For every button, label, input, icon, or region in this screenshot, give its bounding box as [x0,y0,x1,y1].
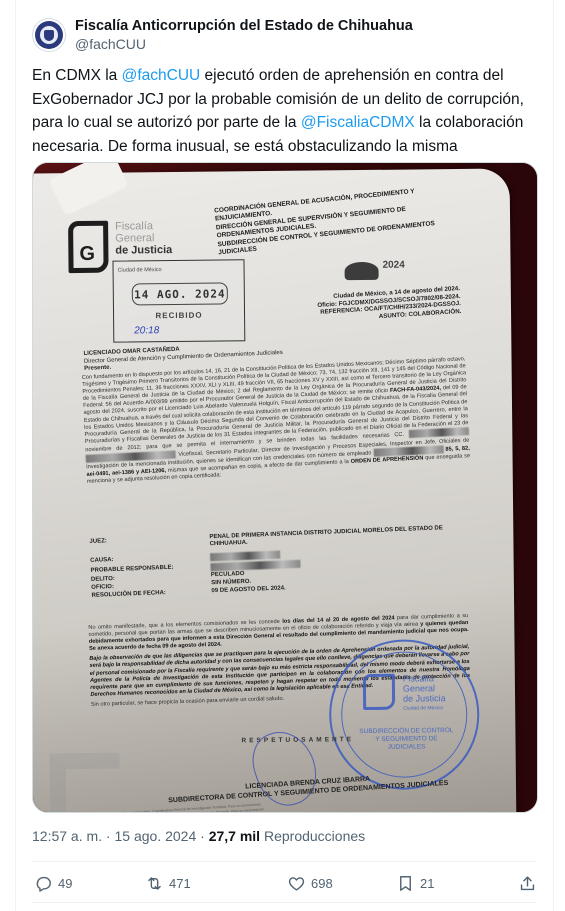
separator: · [102,828,114,844]
document-paper: G Fiscalía General de Justicia Coordinac… [32,168,516,813]
seal-year: 2024 [382,260,404,271]
logo-line: General [115,232,172,245]
stamp-date: 14 AGO. 2024 [132,282,228,305]
institution-seal-icon [35,21,63,49]
repost-count: 471 [169,876,191,891]
order-fields: JUEZ:PENAL DE PRIMERA INSTANCIA DISTRITO… [89,524,471,601]
stamp-city: Ciudad de México [118,267,162,273]
logo-line: Fiscalía [115,220,172,233]
timeline-border-left [15,0,16,911]
mention-link[interactable]: @fachCUU [122,67,201,84]
repost-button[interactable]: 471 [145,870,191,896]
anniversary-seal-icon: 2024 [344,259,424,282]
stamp-line: de Justicia [403,693,446,703]
bookmark-count: 21 [420,876,434,891]
timeline-border-right [553,0,554,911]
fgj-logo-label: Fiscalía General de Justicia [115,220,172,257]
document-references: Ciudad de México, a 14 de agosto del 202… [260,285,462,328]
document-body: Con fundamento en lo dispuesto por los a… [82,356,471,485]
document-content: G Fiscalía General de Justicia Coordinac… [32,168,516,813]
tweet-text-segment: En CDMX la [32,67,122,84]
stamp-bottom: SUBDIRECCIÓN DE CONTROL Y SEGUIMIENTO DE… [351,727,461,752]
reply-count: 49 [58,876,72,891]
watermark-shape [50,753,121,813]
mention-link[interactable]: @FiscaliaCDMX [301,114,415,131]
tweet-header: Fiscalía Anticorrupción del Estado de Ch… [32,15,413,55]
bookmark-icon [396,874,415,893]
stamp-city: Ciudad de México [403,703,446,713]
tweet-date[interactable]: 15 ago. 2024 [115,828,197,844]
stamp-handwritten-time: 20:18 [134,325,159,336]
action-bar: 49 471 698 21 [32,870,537,896]
views-label: Reproducciones [260,828,365,844]
like-button[interactable]: 698 [287,870,333,896]
fgj-stamp-logo-icon [363,674,395,710]
reply-button[interactable]: 49 [34,870,72,896]
divider [32,902,537,903]
stamp-line: JUDICIALES [352,743,462,752]
field-key: JUEZ: [89,534,209,553]
share-button[interactable] [518,870,537,896]
reply-icon [34,874,53,893]
stamp-line: Fiscalía [403,673,446,683]
avatar[interactable] [32,18,66,52]
tweet-text: En CDMX la @fachCUU ejecutó orden de apr… [32,64,537,158]
tweet-meta: 12:57 a. m. · 15 ago. 2024 · 27,7 mil Re… [32,828,365,844]
redacted-block [409,427,469,438]
official-blue-stamp: Fiscalía General de Justicia Ciudad de M… [328,639,480,791]
repost-icon [145,874,164,893]
author-handle[interactable]: @fachCUU [75,35,413,53]
heart-icon [287,874,306,893]
document-header: Coordinación General de Acusación, Proce… [214,183,468,258]
stamp-label: RECIBIDO [114,310,244,320]
tweet-photo[interactable]: G Fiscalía General de Justicia Coordinac… [32,162,538,813]
author-info: Fiscalía Anticorrupción del Estado de Ch… [75,17,413,53]
tweet-time[interactable]: 12:57 a. m. [32,828,102,844]
bookmark-button[interactable]: 21 [396,870,434,896]
views-count: 27,7 mil [209,828,260,844]
like-count: 698 [311,876,333,891]
author-display-name[interactable]: Fiscalía Anticorrupción del Estado de Ch… [75,17,413,35]
logo-line: de Justicia [115,244,172,257]
separator: · [196,828,208,844]
stamp-line: General [403,683,446,693]
divider [32,861,537,862]
stamp-text: Fiscalía General de Justicia Ciudad de M… [403,673,446,713]
fgj-logo-letter: G [79,243,95,266]
received-stamp: Ciudad de México 14 AGO. 2024 RECIBIDO 2… [112,259,245,342]
share-icon [518,874,537,893]
